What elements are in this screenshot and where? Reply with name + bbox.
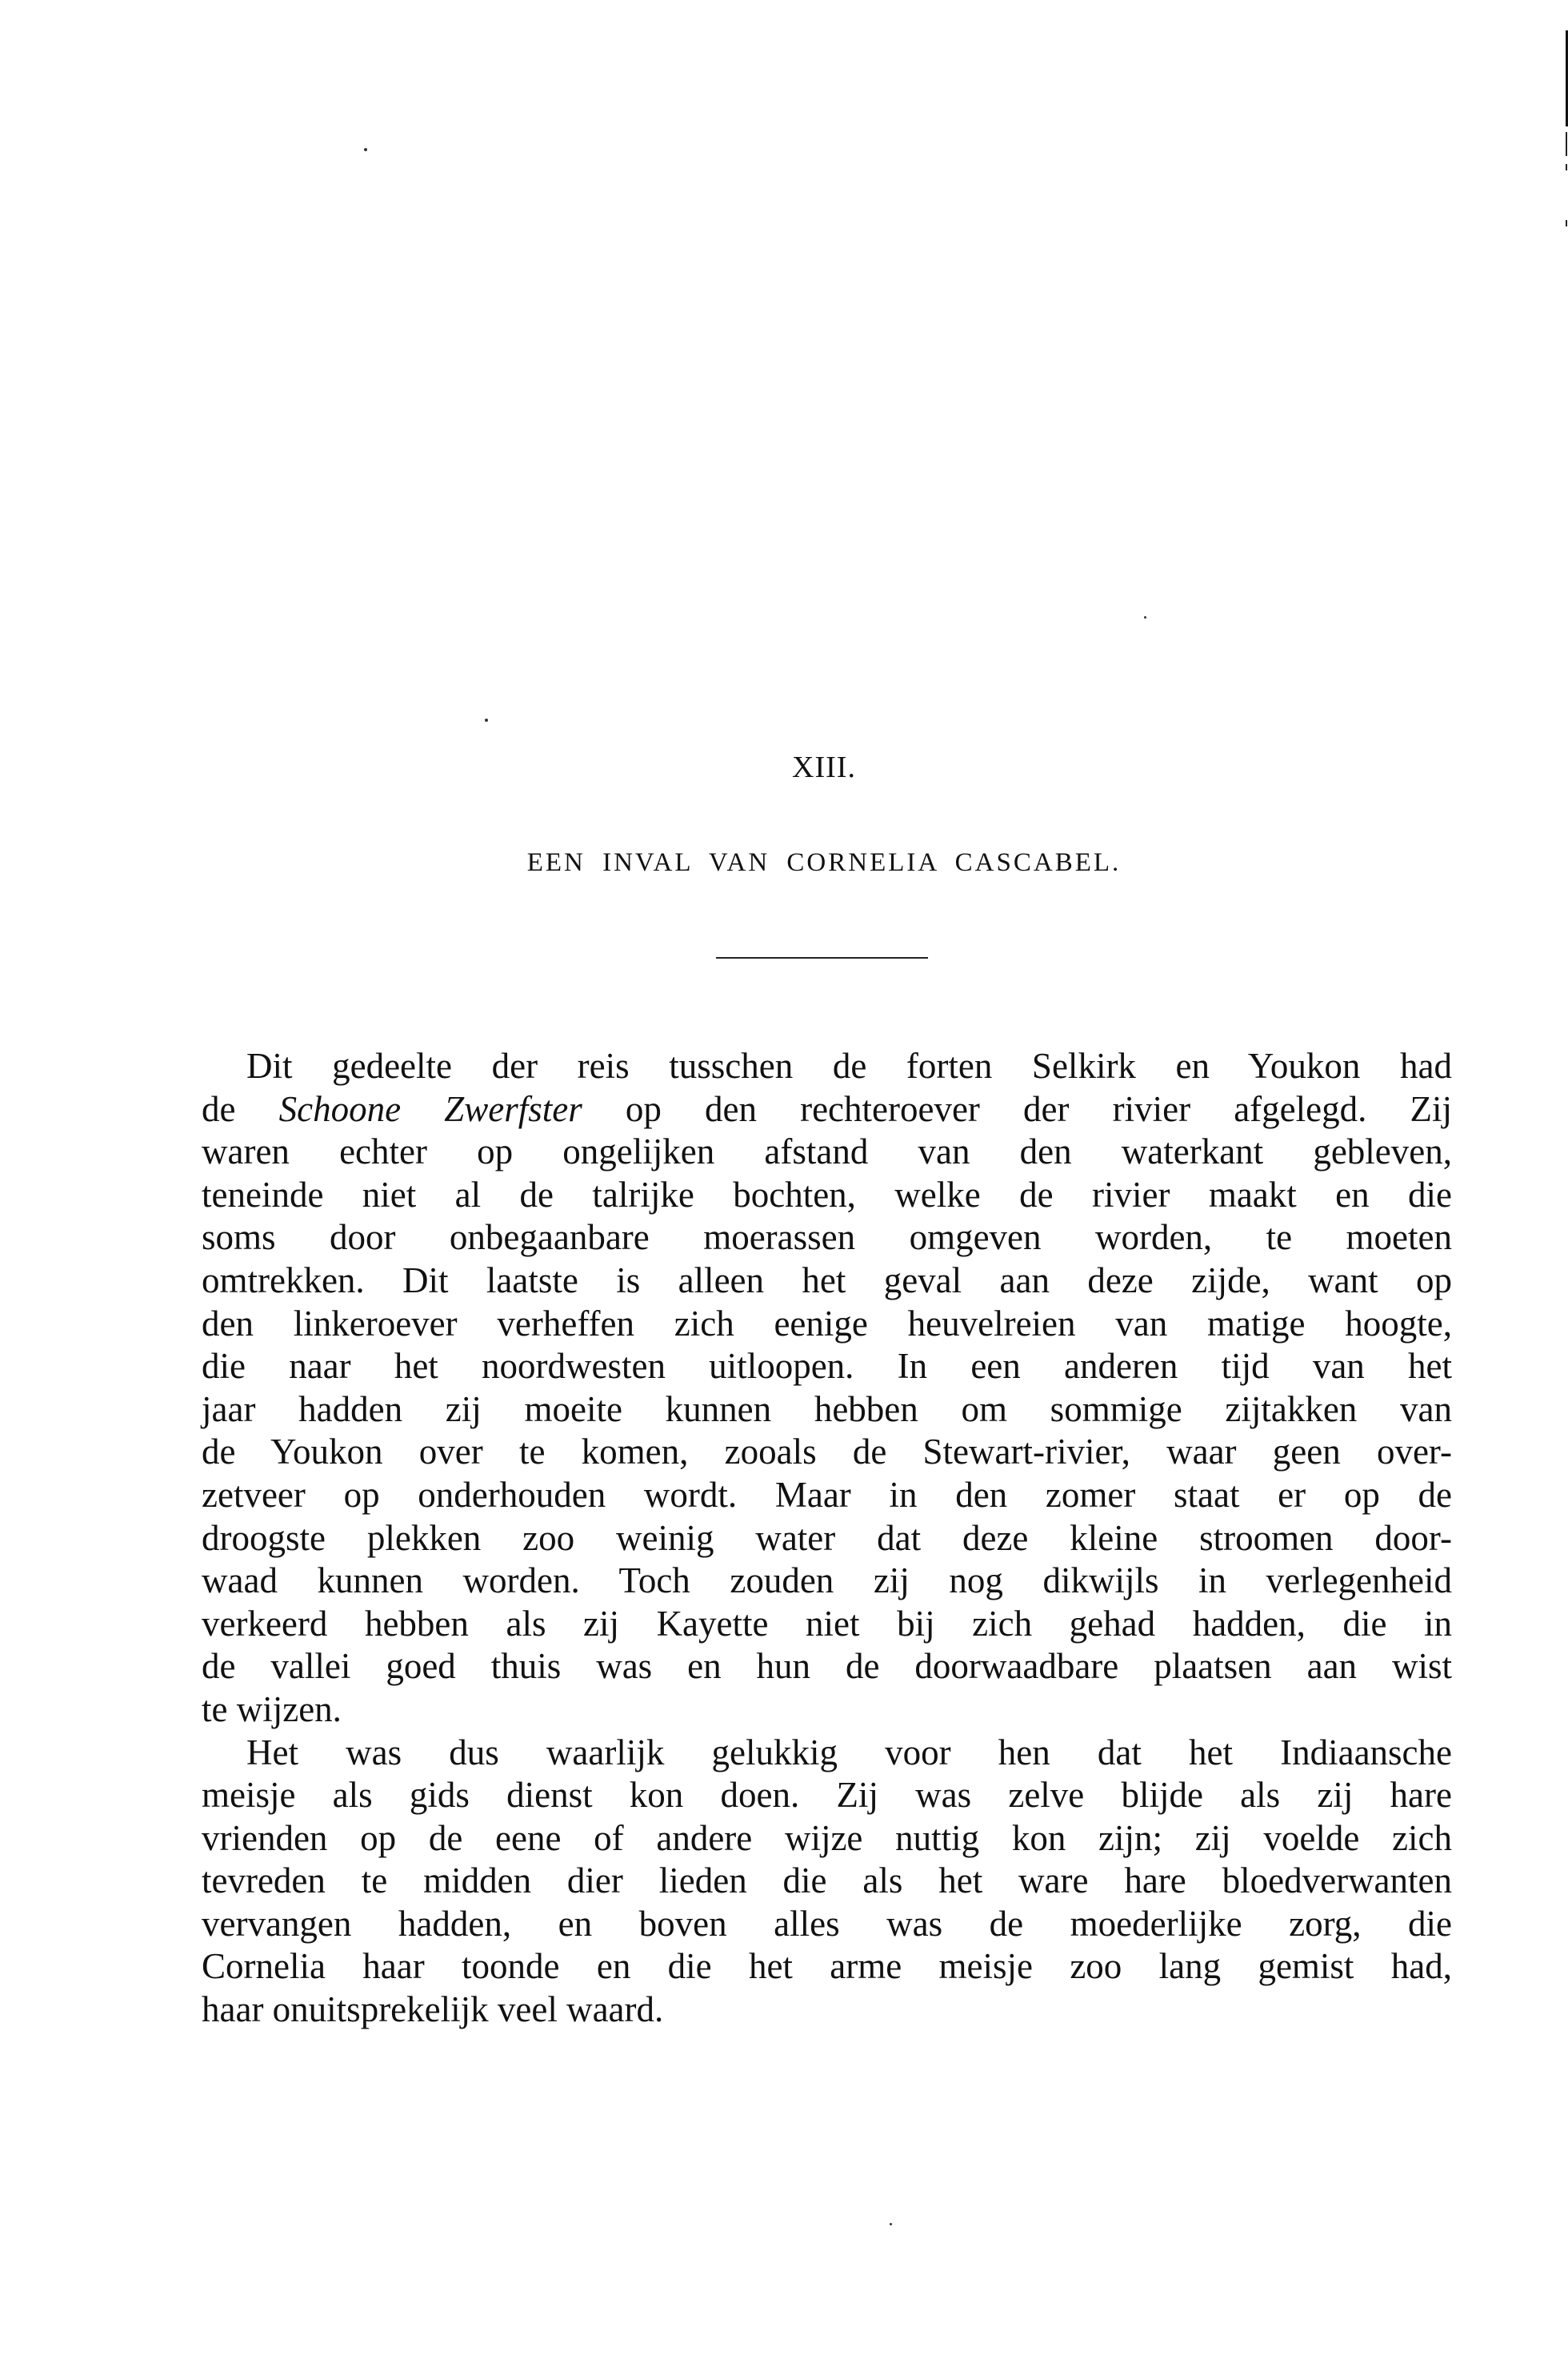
text-run: de — [202, 1089, 279, 1129]
text-line: de Youkon over te komen, zooals de Stewa… — [202, 1431, 1452, 1474]
text-run: waren echter op ongelijken afstand van d… — [202, 1131, 1452, 1171]
chapter-body-text: Dit gedeelte der reis tusschen de forten… — [202, 1045, 1452, 2032]
text-line: die naar het noordwesten uitloopen. In e… — [202, 1345, 1452, 1388]
text-run: droogste plekken zoo weinig water dat de… — [202, 1518, 1452, 1558]
text-run: haar onuitsprekelijk veel waard. — [202, 1989, 663, 2029]
book-page: XIII. EEN INVAL VAN CORNELIA CASCABEL. D… — [0, 0, 1568, 2367]
text-line: Het was dus waarlijk gelukkig voor hen d… — [202, 1732, 1452, 1775]
text-run: vervangen hadden, en boven alles was de … — [202, 1904, 1452, 1944]
scan-edge-mark — [1566, 132, 1567, 156]
text-line: Dit gedeelte der reis tusschen de forten… — [202, 1045, 1452, 1088]
scan-speck — [1144, 616, 1146, 619]
text-run: omtrekken. Dit laatste is alleen het gev… — [202, 1260, 1452, 1300]
text-run: vrienden op de eene of andere wijze nutt… — [202, 1818, 1452, 1858]
text-run: Het was dus waarlijk gelukkig voor hen d… — [246, 1732, 1452, 1772]
text-run: waad kunnen worden. Toch zouden zij nog … — [202, 1560, 1452, 1600]
text-run: op den rechteroever der rivier afgelegd.… — [582, 1089, 1452, 1129]
text-line: waad kunnen worden. Toch zouden zij nog … — [202, 1560, 1452, 1603]
text-line: Cornelia haar toonde en die het arme mei… — [202, 1945, 1452, 1989]
text-line: soms door onbegaanbare moerassen omgeven… — [202, 1216, 1452, 1260]
text-line: de Schoone Zwerfster op den rechteroever… — [202, 1088, 1452, 1131]
text-run: den linkeroever verheffen zich eenige he… — [202, 1304, 1452, 1344]
scan-edge-mark — [1566, 220, 1567, 226]
paragraph: Dit gedeelte der reis tusschen de forten… — [202, 1045, 1452, 1732]
scan-speck — [364, 148, 367, 151]
scan-edge-mark — [1566, 164, 1567, 170]
scan-speck — [890, 2223, 892, 2225]
chapter-title: EEN INVAL VAN CORNELIA CASCABEL. — [0, 850, 1568, 876]
text-run: die naar het noordwesten uitloopen. In e… — [202, 1346, 1452, 1386]
text-line: te wijzen. — [202, 1688, 1452, 1732]
chapter-number: XIII. — [0, 752, 1568, 783]
text-line: meisje als gids dienst kon doen. Zij was… — [202, 1774, 1452, 1817]
text-line: omtrekken. Dit laatste is alleen het gev… — [202, 1260, 1452, 1303]
text-line: vrienden op de eene of andere wijze nutt… — [202, 1817, 1452, 1860]
text-run: teneinde niet al de talrijke bochten, we… — [202, 1175, 1452, 1215]
text-run: tevreden te midden dier lieden die als h… — [202, 1860, 1452, 1900]
text-line: teneinde niet al de talrijke bochten, we… — [202, 1174, 1452, 1217]
text-run: soms door onbegaanbare moerassen omgeven… — [202, 1217, 1452, 1257]
text-run: jaar hadden zij moeite kunnen hebben om … — [202, 1389, 1452, 1429]
text-line: droogste plekken zoo weinig water dat de… — [202, 1517, 1452, 1560]
text-line: waren echter op ongelijken afstand van d… — [202, 1131, 1452, 1174]
text-line: jaar hadden zij moeite kunnen hebben om … — [202, 1388, 1452, 1432]
text-run: de Youkon over te komen, zooals de Stewa… — [202, 1432, 1452, 1472]
text-run: te wijzen. — [202, 1689, 342, 1729]
text-line: de vallei goed thuis was en hun de doorw… — [202, 1645, 1452, 1688]
scan-speck — [485, 719, 488, 722]
text-run: Cornelia haar toonde en die het arme mei… — [202, 1946, 1452, 1986]
paragraph: Het was dus waarlijk gelukkig voor hen d… — [202, 1732, 1452, 2032]
text-run: verkeerd hebben als zij Kayette niet bij… — [202, 1604, 1452, 1644]
text-line: tevreden te midden dier lieden die als h… — [202, 1860, 1452, 1903]
text-line: verkeerd hebben als zij Kayette niet bij… — [202, 1603, 1452, 1646]
text-run: de vallei goed thuis was en hun de doorw… — [202, 1646, 1452, 1686]
text-run: zetveer op onderhouden wordt. Maar in de… — [202, 1475, 1452, 1515]
italic-ship-name: Schoone Zwerfster — [279, 1089, 582, 1129]
text-line: den linkeroever verheffen zich eenige he… — [202, 1303, 1452, 1346]
text-run: Dit gedeelte der reis tusschen de forten… — [246, 1046, 1452, 1086]
text-line: vervangen hadden, en boven alles was de … — [202, 1903, 1452, 1946]
title-divider-rule — [716, 957, 928, 959]
text-line: zetveer op onderhouden wordt. Maar in de… — [202, 1474, 1452, 1517]
text-run: meisje als gids dienst kon doen. Zij was… — [202, 1775, 1452, 1815]
text-line: haar onuitsprekelijk veel waard. — [202, 1989, 1452, 2032]
